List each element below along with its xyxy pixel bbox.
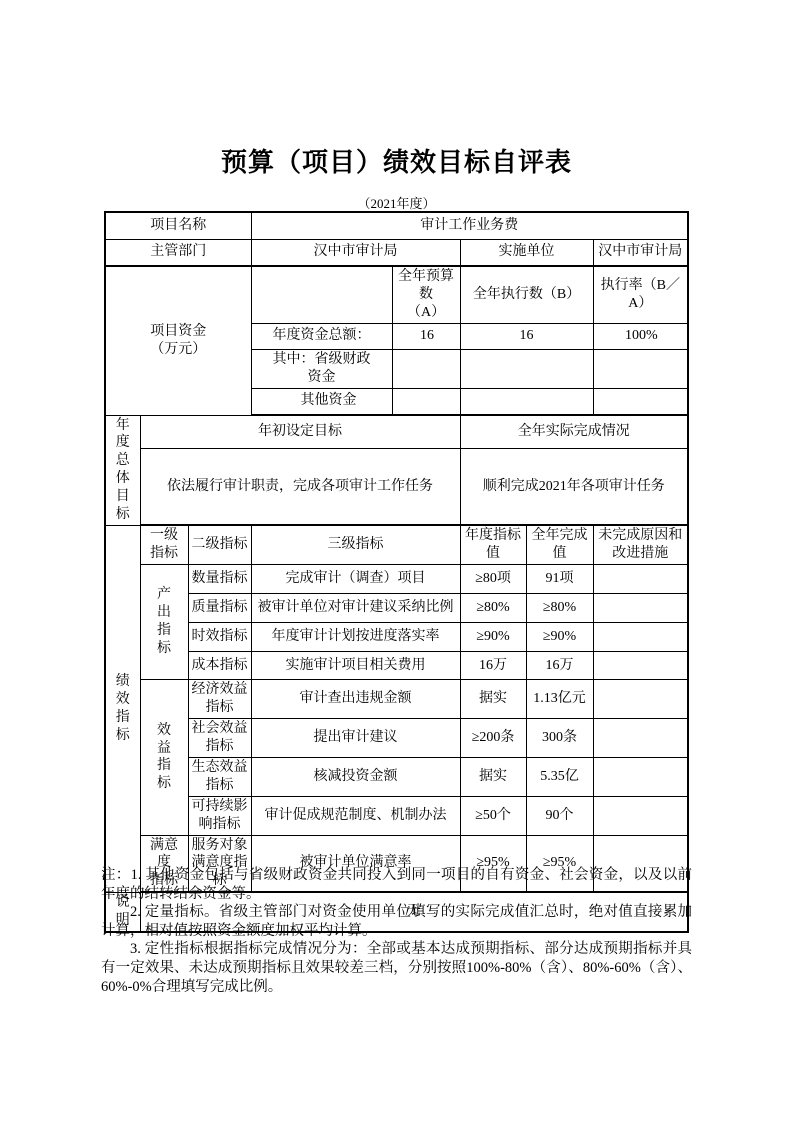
indicator-reason <box>593 680 688 719</box>
indicator-l3: 提出审计建议 <box>251 719 460 758</box>
impl-unit-value: 汉中市审计局 <box>593 239 688 266</box>
indicator-reason <box>593 757 688 796</box>
indicator-l2: 经济效益 指标 <box>188 680 251 719</box>
fund-provincial-budget <box>392 349 460 388</box>
indicator-reason <box>593 719 688 758</box>
indicator-l3: 审计查出违规金额 <box>251 680 460 719</box>
fund-other-exec <box>460 388 593 415</box>
indicator-reason <box>593 796 688 835</box>
indicator-target: ≥80项 <box>460 565 526 594</box>
indicator-l2: 社会效益 指标 <box>188 719 251 758</box>
header-done-value: 全年完成 值 <box>526 525 593 564</box>
indicator-reason <box>593 594 688 623</box>
indicator-done: 5.35亿 <box>526 757 593 796</box>
indicator-l2: 质量指标 <box>188 594 251 623</box>
fund-total-budget: 16 <box>392 323 460 349</box>
annual-goal-label: 年度 总体 目标 <box>105 415 140 525</box>
indicator-l3: 完成审计（调查）项目 <box>251 565 460 594</box>
fund-total-label: 年度资金总额： <box>251 323 392 349</box>
indicator-reason <box>593 652 688 680</box>
indicator-target: ≥80% <box>460 594 526 623</box>
project-name-value: 审计工作业务费 <box>251 212 688 239</box>
department-label: 主管部门 <box>105 239 251 266</box>
indicator-l2: 成本指标 <box>188 652 251 680</box>
col-annual-exec: 全年执行数（B） <box>460 266 593 323</box>
indicator-l3: 审计促成规范制度、机制办法 <box>251 796 460 835</box>
fund-provincial-rate <box>593 349 688 388</box>
indicator-reason <box>593 623 688 652</box>
fund-provincial-label: 其中：省级财政 资金 <box>251 349 392 388</box>
indicator-done: 300条 <box>526 719 593 758</box>
page-subtitle: （2021年度） <box>0 193 793 212</box>
goal-done-value: 顺利完成2021年各项审计任务 <box>460 449 688 526</box>
fund-other-label: 其他资金 <box>251 388 392 415</box>
goal-set-header: 年初设定目标 <box>140 415 460 449</box>
performance-section-label: 绩 效 指 标 <box>105 525 140 892</box>
header-reason: 未完成原因和 改进措施 <box>593 525 688 564</box>
fund-total-rate: 100% <box>593 323 688 349</box>
department-value: 汉中市审计局 <box>251 239 460 266</box>
indicator-done: ≥80% <box>526 594 593 623</box>
col-annual-budget: 全年预算数 （A） <box>392 266 460 323</box>
group-benefit-label: 效 益 指 标 <box>140 680 188 835</box>
indicator-target: 据实 <box>460 680 526 719</box>
document-page: 预算（项目）绩效目标自评表 （2021年度） 项目名称 审计工作业务费 主管部门… <box>0 0 793 1122</box>
indicator-done: 1.13亿元 <box>526 680 593 719</box>
col-exec-rate: 执行率（B／ A） <box>593 266 688 323</box>
fund-provincial-exec <box>460 349 593 388</box>
indicator-done: 91项 <box>526 565 593 594</box>
header-level3: 三级指标 <box>251 525 460 564</box>
funds-blank-cell <box>251 266 392 323</box>
indicator-target: ≥200条 <box>460 719 526 758</box>
goal-done-header: 全年实际完成情况 <box>460 415 688 449</box>
funds-section-label: 项目资金 （万元） <box>105 266 251 415</box>
fund-total-exec: 16 <box>460 323 593 349</box>
footnotes: 注：1. 其他资金包括与省级财政资金共同投入到同一项目的自有资金、社会资金，以及… <box>101 866 692 996</box>
project-name-label: 项目名称 <box>105 212 251 239</box>
indicator-l3: 核减投资金额 <box>251 757 460 796</box>
impl-unit-label: 实施单位 <box>460 239 593 266</box>
footnote-3: 3. 定性指标根据指标完成情况分为：全部或基本达成预期指标、部分达成预期指标并具… <box>101 940 692 996</box>
indicator-target: 16万 <box>460 652 526 680</box>
indicator-l2: 数量指标 <box>188 565 251 594</box>
header-level2: 二级指标 <box>188 525 251 564</box>
goal-set-value: 依法履行审计职责，完成各项审计工作任务 <box>140 449 460 526</box>
fund-other-rate <box>593 388 688 415</box>
indicator-l2: 时效指标 <box>188 623 251 652</box>
group-output-label: 产 出 指 标 <box>140 565 188 680</box>
fund-other-budget <box>392 388 460 415</box>
header-level1: 一级 指标 <box>140 525 188 564</box>
header-target-value: 年度指标 值 <box>460 525 526 564</box>
page-title: 预算（项目）绩效目标自评表 <box>0 142 793 179</box>
indicator-target: 据实 <box>460 757 526 796</box>
indicator-l3: 被审计单位对审计建议采纳比例 <box>251 594 460 623</box>
indicator-done: 90个 <box>526 796 593 835</box>
indicator-done: 16万 <box>526 652 593 680</box>
indicator-l2: 可持续影 响指标 <box>188 796 251 835</box>
indicator-done: ≥90% <box>526 623 593 652</box>
indicator-target: ≥50个 <box>460 796 526 835</box>
footnote-2: 2. 定量指标。省级主管部门对资金使用单位填写的实际完成值汇总时，绝对值直接累加… <box>101 903 692 940</box>
indicator-reason <box>593 565 688 594</box>
indicator-target: ≥90% <box>460 623 526 652</box>
footnote-1: 注：1. 其他资金包括与省级财政资金共同投入到同一项目的自有资金、社会资金，以及… <box>101 866 692 903</box>
indicator-l3: 实施审计项目相关费用 <box>251 652 460 680</box>
self-evaluation-table: 项目名称 审计工作业务费 主管部门 汉中市审计局 实施单位 汉中市审计局 项目资… <box>104 211 689 933</box>
indicator-l3: 年度审计计划按进度落实率 <box>251 623 460 652</box>
indicator-l2: 生态效益 指标 <box>188 757 251 796</box>
